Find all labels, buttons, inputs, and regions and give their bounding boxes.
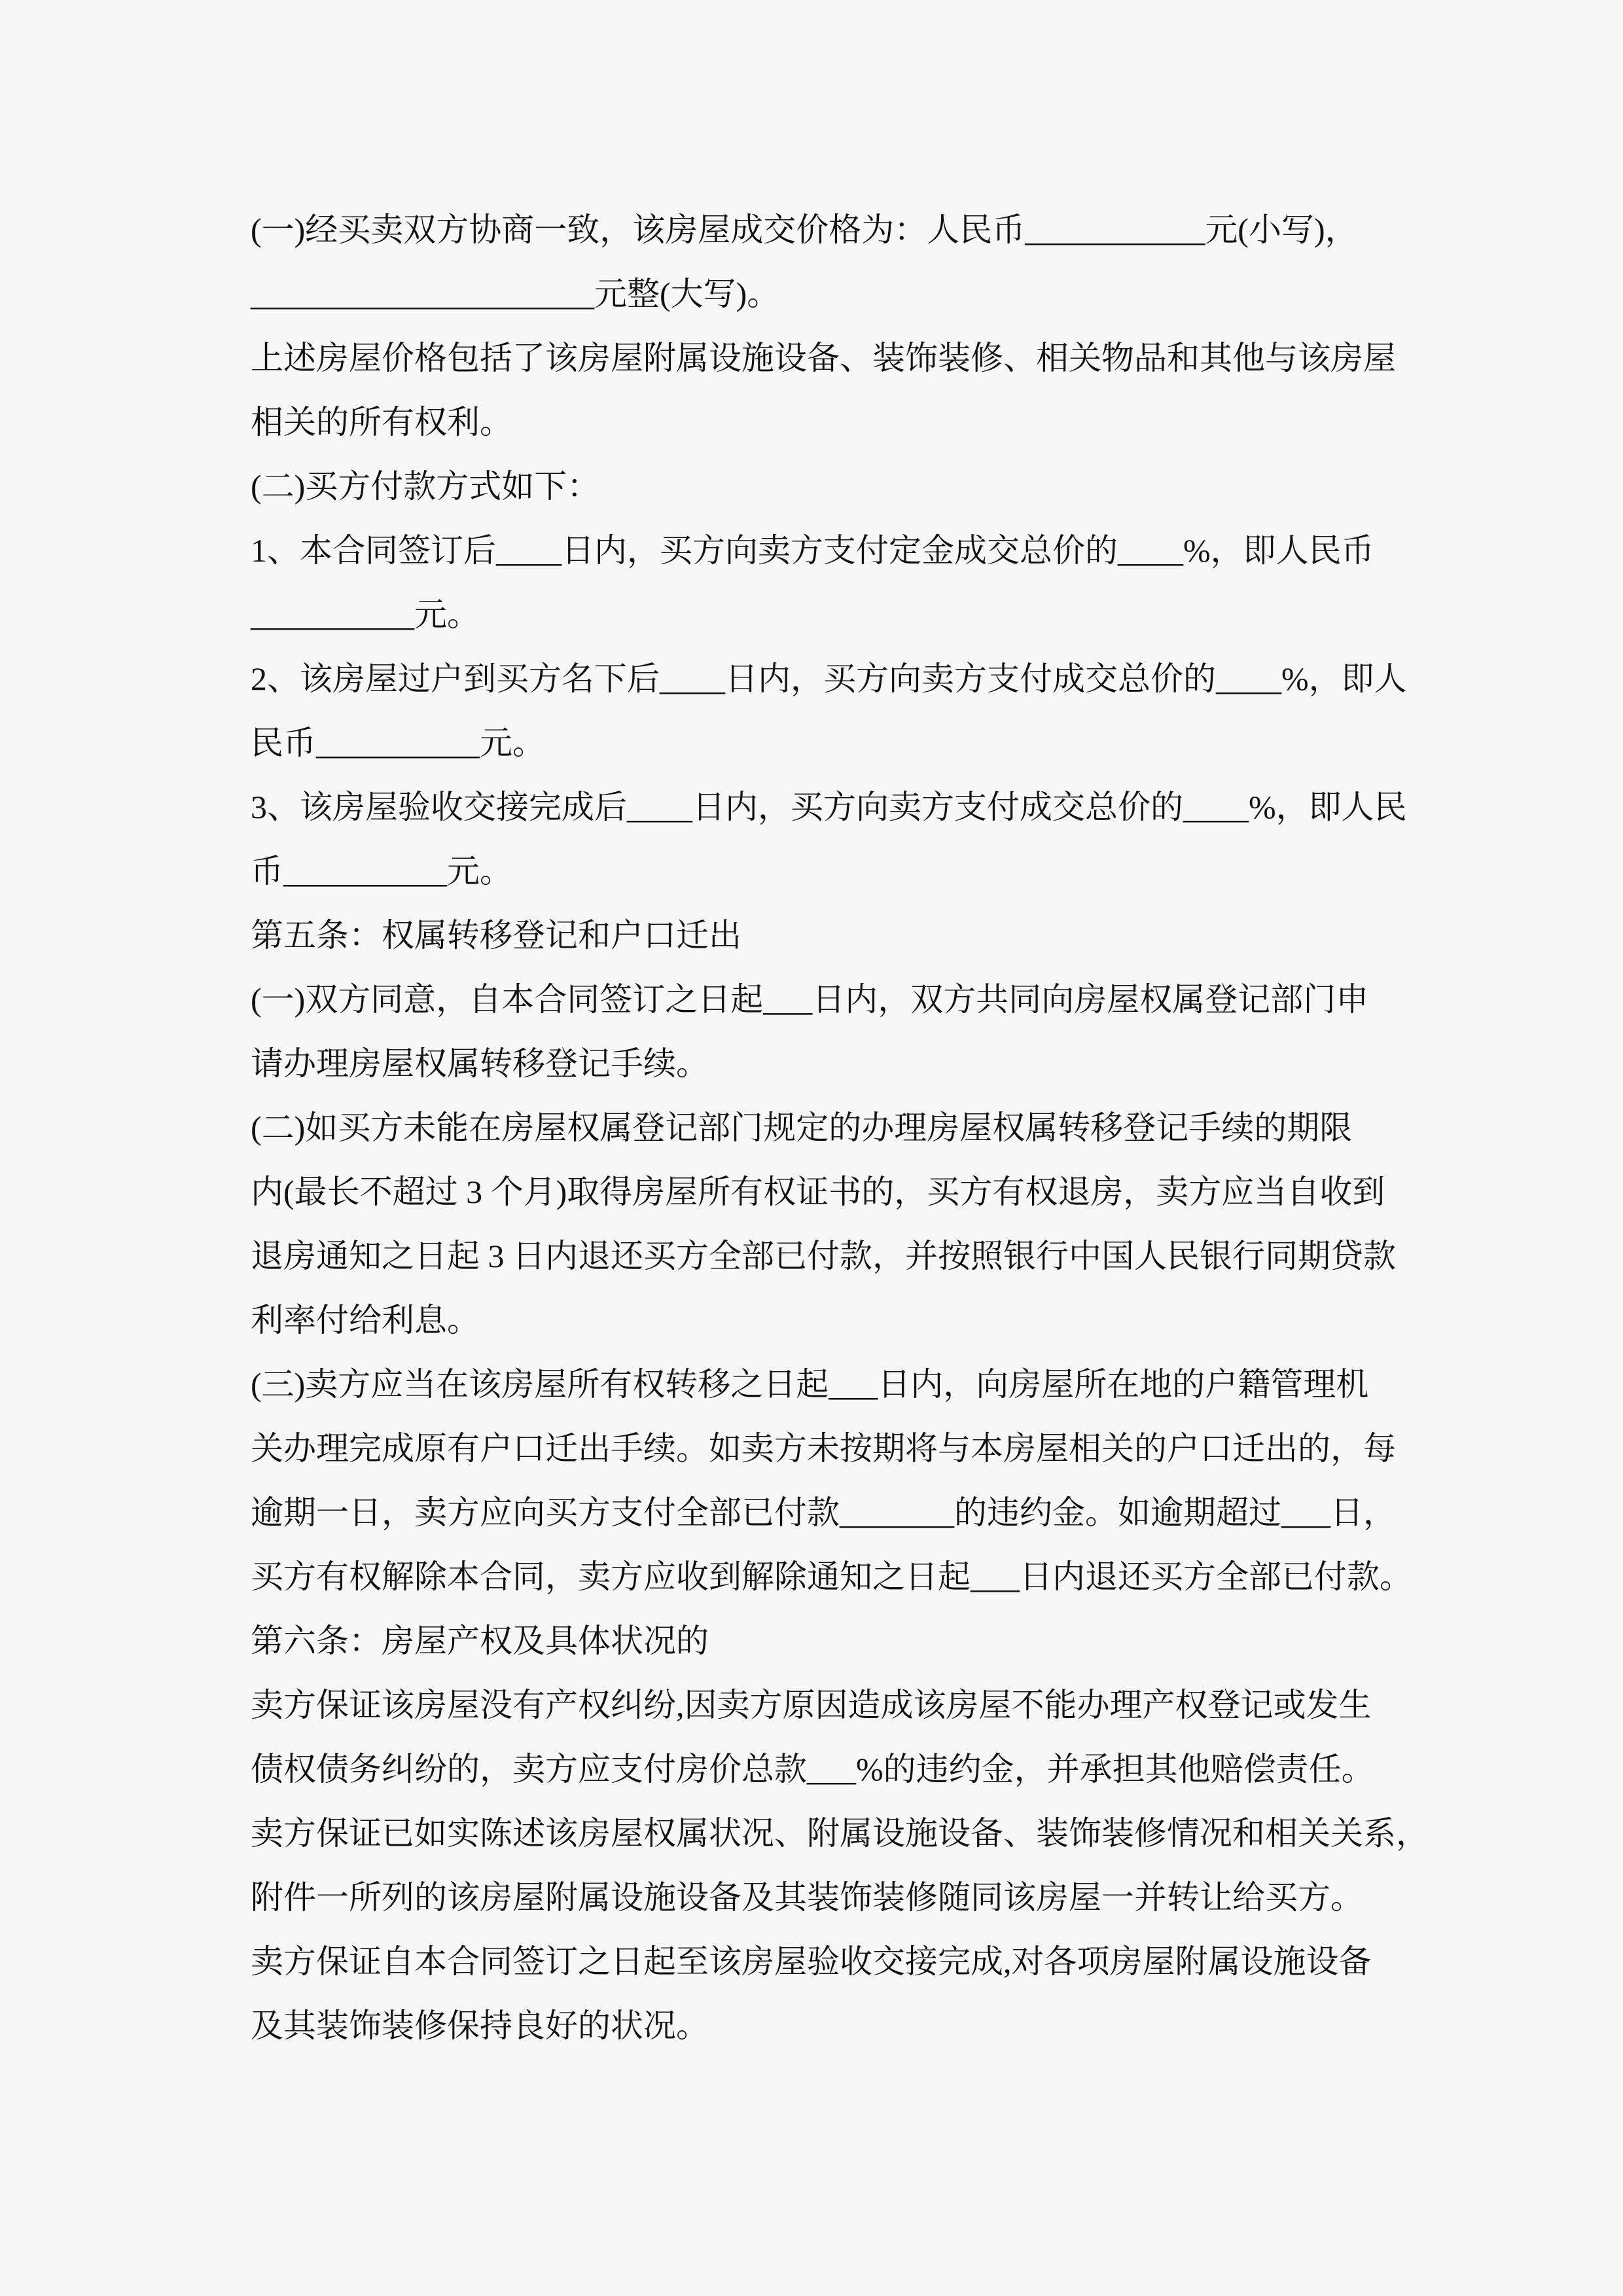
document-line: (一)双方同意，自本合同签订之日起___日内，双方共同向房屋权属登记部门申 (251, 967, 1402, 1031)
document-line: 1、本合同签订后____日内，买方向卖方支付定金成交总价的____%，即人民币 (251, 518, 1402, 583)
document-line: 附件一所列的该房屋附属设施设备及其装饰装修随同该房屋一并转让给买方。 (251, 1865, 1402, 1929)
document-line: 关办理完成原有户口迁出手续。如卖方未按期将与本房屋相关的户口迁出的，每 (251, 1416, 1402, 1480)
document-line: 卖方保证自本合同签订之日起至该房屋验收交接完成,对各项房屋附属设施设备 (251, 1929, 1402, 1994)
document-line: 退房通知之日起 3 日内退还买方全部已付款，并按照银行中国人民银行同期贷款 (251, 1224, 1402, 1288)
document-line: 请办理房屋权属转移登记手续。 (251, 1031, 1402, 1096)
document-section-heading: 第六条：房屋产权及具体状况的 (251, 1609, 1402, 1673)
document-section-heading: 第五条：权属转移登记和户口迁出 (251, 903, 1402, 967)
document-line: 利率付给利息。 (251, 1288, 1402, 1352)
contract-page: (一)经买卖双方协商一致，该房屋成交价格为：人民币___________元(小写… (0, 0, 1623, 2296)
document-line: 2、该房屋过户到买方名下后____日内，买方向卖方支付成交总价的____%，即人 (251, 647, 1402, 711)
document-line: 民币__________元。 (251, 711, 1402, 775)
document-line: __________元。 (251, 583, 1402, 647)
document-line: 币__________元。 (251, 839, 1402, 903)
document-line: (一)经买卖双方协商一致，该房屋成交价格为：人民币___________元(小写… (251, 198, 1402, 262)
contract-document: (一)经买卖双方协商一致，该房屋成交价格为：人民币___________元(小写… (251, 198, 1402, 2058)
document-line: (二)买方付款方式如下： (251, 454, 1402, 518)
document-line: (二)如买方未能在房屋权属登记部门规定的办理房屋权属转移登记手续的期限 (251, 1096, 1402, 1160)
document-line: 买方有权解除本合同，卖方应收到解除通知之日起___日内退还买方全部已付款。 (251, 1545, 1402, 1609)
document-line: 债权债务纠纷的，卖方应支付房价总款___%的违约金，并承担其他赔偿责任。 (251, 1737, 1402, 1801)
document-line: 3、该房屋验收交接完成后____日内，买方向卖方支付成交总价的____%，即人民 (251, 775, 1402, 839)
document-line: 及其装饰装修保持良好的状况。 (251, 1994, 1402, 2058)
document-line: (三)卖方应当在该房屋所有权转移之日起___日内，向房屋所在地的户籍管理机 (251, 1352, 1402, 1416)
document-line: 卖方保证该房屋没有产权纠纷,因卖方原因造成该房屋不能办理产权登记或发生 (251, 1673, 1402, 1737)
document-line: 上述房屋价格包括了该房屋附属设施设备、装饰装修、相关物品和其他与该房屋 (251, 326, 1402, 390)
document-line: 内(最长不超过 3 个月)取得房屋所有权证书的，买方有权退房，卖方应当自收到 (251, 1160, 1402, 1224)
document-line: 卖方保证已如实陈述该房屋权属状况、附属设施设备、装饰装修情况和相关关系， (251, 1801, 1402, 1865)
document-line: _____________________元整(大写)。 (251, 262, 1402, 326)
document-line: 逾期一日，卖方应向买方支付全部已付款_______的违约金。如逾期超过___日， (251, 1480, 1402, 1545)
document-line: 相关的所有权利。 (251, 390, 1402, 454)
